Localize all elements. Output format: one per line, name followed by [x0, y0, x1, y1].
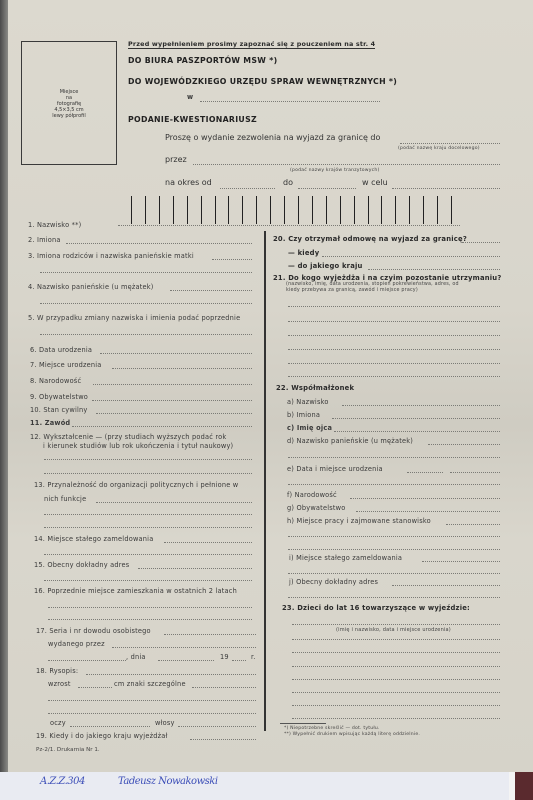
- letter-box-divider: [451, 196, 452, 224]
- scan-edge: [0, 0, 8, 800]
- field-3-input-2[interactable]: [40, 272, 252, 273]
- letter-box-divider: [270, 196, 271, 224]
- field-22-spouse-label: 22. Współmałżonek: [276, 384, 354, 392]
- field-7-birth-place-label: 7. Miejsce urodzenia: [30, 361, 102, 369]
- field-18-eyes-label: oczy: [50, 719, 66, 727]
- field-22b-input[interactable]: [332, 418, 500, 419]
- field-20-when-label: — kiedy: [288, 249, 319, 257]
- field-22g-label: g) Obywatelstwo: [287, 504, 346, 512]
- letter-box-divider: [381, 196, 382, 224]
- field-7-input[interactable]: [112, 368, 252, 369]
- field-23-input-4[interactable]: [292, 666, 500, 667]
- field-22i-label: i) Miejsce stałego zameldowania: [289, 554, 402, 562]
- letter-box-divider: [354, 196, 355, 224]
- field-22e-date-input[interactable]: [407, 472, 443, 473]
- field-6-input[interactable]: [100, 353, 252, 354]
- field-14-input[interactable]: [164, 542, 252, 543]
- field-22a-input[interactable]: [342, 405, 500, 406]
- field-22j-input-2[interactable]: [288, 597, 500, 598]
- footnote-2: **) Wypełnić drukiem wpisując każdą lite…: [284, 732, 420, 737]
- field-21-input-3[interactable]: [288, 335, 500, 336]
- field-20-refusal-label: 20. Czy otrzymał odmowę na wyjazd za gra…: [273, 235, 467, 243]
- field-22g-input[interactable]: [356, 511, 500, 512]
- field-18-height-label: wzrost: [48, 680, 71, 688]
- field-17-date-input[interactable]: [158, 660, 214, 661]
- handwritten-signature: Tadeusz Nowakowski: [118, 776, 218, 787]
- field-11-occupation-label: 11. Zawód: [30, 419, 70, 427]
- period-from-label: na okres od: [165, 178, 212, 187]
- form-title: PODANIE-KWESTIONARIUSZ: [128, 115, 257, 124]
- w-city-field[interactable]: [200, 101, 380, 102]
- field-16-previous-residence-label: 16. Poprzednie miejsce zamieszkania w os…: [34, 587, 237, 595]
- photo-placeholder-box: Miejsce na fotografię 4,5×3,5 cm lewy pó…: [21, 41, 117, 165]
- field-21-input-6[interactable]: [288, 376, 500, 377]
- field-6-birth-date-label: 6. Data urodzenia: [30, 346, 92, 354]
- field-3-parents-label: 3. Imiona rodziców i nazwiska panieńskie…: [28, 252, 194, 260]
- field-23-input-2[interactable]: [292, 639, 500, 640]
- przez-label: przez: [165, 155, 187, 164]
- field-15-current-address-label: 15. Obecny dokładny adres: [34, 561, 129, 569]
- field-23-input-8[interactable]: [292, 718, 500, 719]
- letter-box-divider: [215, 196, 216, 224]
- field-20-country-label: — do jakiego kraju: [288, 262, 363, 270]
- field-23-input-1[interactable]: [292, 624, 500, 625]
- field-14-registered-address-label: 14. Miejsce stałego zameldowania: [34, 535, 153, 543]
- field-21-input-1[interactable]: [288, 306, 500, 307]
- field-20-country-input[interactable]: [368, 269, 500, 270]
- letter-box-divider: [423, 196, 424, 224]
- field-23-input-3[interactable]: [292, 652, 500, 653]
- letter-box-divider: [312, 196, 313, 224]
- field-17-date-label: , dnia: [126, 653, 146, 661]
- field-18-marks-input-2[interactable]: [48, 700, 256, 701]
- destination-country-field[interactable]: [400, 143, 500, 144]
- field-4-input-2[interactable]: [40, 303, 252, 304]
- handwritten-reference-number: A.Z.Z.304: [40, 776, 85, 787]
- field-8-nationality-label: 8. Narodowość: [30, 377, 81, 385]
- field-18-hair-input[interactable]: [178, 726, 256, 727]
- field-22i-input[interactable]: [422, 561, 500, 562]
- field-2-input[interactable]: [66, 243, 252, 244]
- field-12-input-2[interactable]: [44, 473, 252, 474]
- field-22j-input[interactable]: [392, 585, 500, 586]
- letter-box-divider: [368, 196, 369, 224]
- field-14-input-2[interactable]: [44, 554, 252, 555]
- field-23-input-7[interactable]: [292, 705, 500, 706]
- transit-hint: (podać nazwy krajów tranzytowych): [290, 168, 379, 173]
- field-13-input-2[interactable]: [44, 514, 252, 515]
- field-18-marks-input[interactable]: [192, 687, 256, 688]
- field-21-input-2[interactable]: [288, 321, 500, 322]
- field-20-when-input[interactable]: [322, 256, 500, 257]
- field-15-input[interactable]: [138, 568, 252, 569]
- field-22e-label: e) Data i miejsce urodzenia: [287, 465, 383, 473]
- field-10-marital-status-label: 10. Stan cywilny: [30, 406, 88, 414]
- field-11-input[interactable]: [72, 426, 252, 427]
- column-divider: [264, 231, 266, 731]
- field-12-education-label: 12. Wykształcenie — (przy studiach wyższ…: [30, 433, 226, 441]
- field-23-hint: (imię i nazwisko, data i miejsce urodzen…: [336, 627, 451, 633]
- field-8-input[interactable]: [93, 384, 252, 385]
- field-17-id-card-label: 17. Seria i nr dowodu osobistego: [36, 627, 151, 635]
- field-22f-input[interactable]: [350, 498, 500, 499]
- period-to-field[interactable]: [298, 188, 356, 189]
- field-22i-input-2[interactable]: [288, 573, 500, 574]
- footnote-1: *) Niepotrzebne skreślić — dot. tytułu.: [284, 726, 380, 731]
- field-10-input[interactable]: [96, 413, 252, 414]
- field-4-input[interactable]: [170, 290, 252, 291]
- purpose-label: w celu: [362, 178, 388, 187]
- field-22e-input-2[interactable]: [288, 484, 500, 485]
- field-22b-label: b) Imiona: [287, 411, 320, 419]
- field-23-input-6[interactable]: [292, 692, 500, 693]
- addressee-passport-office: DO BIURA PASZPORTÓW MSW *): [128, 56, 277, 65]
- field-16-input[interactable]: [48, 607, 252, 608]
- field-22d-input[interactable]: [428, 444, 500, 445]
- letter-box-divider: [173, 196, 174, 224]
- field-4-maiden-name-label: 4. Nazwisko panieńskie (u mężatek): [28, 283, 154, 291]
- field-17-input[interactable]: [164, 634, 256, 635]
- field-9-input[interactable]: [92, 400, 252, 401]
- print-mark: Pz-2/1. Drukarnia Nr 1.: [36, 747, 100, 753]
- field-22h-input[interactable]: [446, 524, 500, 525]
- field-20-input[interactable]: [462, 242, 500, 243]
- letter-box-divider: [159, 196, 160, 224]
- request-line: Proszę o wydanie zezwolenia na wyjazd za…: [165, 133, 380, 142]
- notice-text: Przed wypełnieniem prosimy zapoznać się …: [128, 40, 375, 49]
- field-18-description-label: 18. Rysopis:: [36, 667, 78, 675]
- letter-box-divider: [340, 196, 341, 224]
- field-19-input[interactable]: [190, 739, 256, 740]
- field-21-input-4[interactable]: [288, 349, 500, 350]
- surname-field[interactable]: [118, 225, 460, 226]
- field-1-surname-label: 1. Nazwisko **): [28, 221, 81, 229]
- letter-box-divider: [201, 196, 202, 224]
- field-22d-label: d) Nazwisko panieńskie (u mężatek): [287, 437, 413, 445]
- letter-box-divider: [145, 196, 146, 224]
- field-22h-input-3[interactable]: [288, 549, 500, 550]
- letter-box-divider: [256, 196, 257, 224]
- field-17-issued-by-label: wydanego przez: [48, 640, 105, 648]
- field-22a-label: a) Nazwisko: [287, 398, 329, 406]
- field-22c-label: c) Imię ojca: [287, 424, 332, 432]
- field-3-input[interactable]: [212, 259, 252, 260]
- field-22c-input[interactable]: [334, 431, 500, 432]
- field-17-r-label: r.: [251, 653, 256, 661]
- field-22h-input-2[interactable]: [288, 536, 500, 537]
- letter-box-divider: [131, 196, 132, 224]
- field-16-input-2[interactable]: [48, 619, 252, 620]
- field-22j-label: j) Obecny dokładny adres: [289, 578, 378, 586]
- field-12-input[interactable]: [44, 459, 252, 460]
- letter-box-divider: [242, 196, 243, 224]
- field-13-input-3[interactable]: [44, 527, 252, 528]
- letter-box-divider: [284, 196, 285, 224]
- field-18-marks-input-3[interactable]: [48, 713, 256, 714]
- period-to-label: do: [283, 178, 293, 187]
- letter-box-divider: [187, 196, 188, 224]
- field-21-input-5[interactable]: [288, 363, 500, 364]
- field-21-host-label: 21. Do kogo wyjeżdża i na czyim pozostan…: [273, 274, 502, 282]
- field-13-functions-label: nich funkcje: [44, 495, 86, 503]
- purpose-field[interactable]: [392, 188, 500, 189]
- field-18-height-input[interactable]: [78, 687, 112, 688]
- field-17-issued-by-input[interactable]: [112, 647, 256, 648]
- field-22h-label: h) Miejsce pracy i zajmowane stanowisko: [287, 517, 431, 525]
- field-17-year-input[interactable]: [232, 660, 246, 661]
- field-2-first-names-label: 2. Imiona: [28, 236, 61, 244]
- field-21-hint-1: (nazwisko, imię, data urodzenia, stopień…: [286, 282, 459, 287]
- field-18-marks-label: cm znaki szczególne: [114, 680, 186, 688]
- letter-box-divider: [326, 196, 327, 224]
- footnote-divider: [280, 723, 326, 724]
- photo-instructions: Miejsce na fotografię 4,5×3,5 cm lewy pó…: [22, 89, 116, 119]
- field-18-input[interactable]: [86, 674, 256, 675]
- letter-box-divider: [395, 196, 396, 224]
- field-22f-label: f) Narodowość: [287, 491, 337, 499]
- field-23-input-5[interactable]: [292, 679, 500, 680]
- transit-countries-field[interactable]: [193, 164, 500, 165]
- field-22e-place-input[interactable]: [450, 472, 500, 473]
- field-9-citizenship-label: 9. Obywatelstwo: [30, 393, 88, 401]
- letter-box-divider: [409, 196, 410, 224]
- letter-box-divider: [437, 196, 438, 224]
- field-17-place-input[interactable]: [48, 660, 126, 661]
- edge-shadow: [515, 772, 533, 800]
- field-15-input-2[interactable]: [44, 580, 252, 581]
- period-from-field[interactable]: [220, 188, 275, 189]
- field-18-eyes-input[interactable]: [70, 726, 150, 727]
- destination-hint: (podać nazwę kraju docelowego): [398, 146, 480, 151]
- field-5-input[interactable]: [40, 334, 252, 335]
- addressee-voivodeship-office: DO WOJEWÓDZKIEGO URZĘDU SPRAW WEWNĘTRZNY…: [128, 77, 397, 86]
- letter-box-divider: [228, 196, 229, 224]
- field-21-hint-2: kiedy przebywa za granicą, zawód i miejs…: [286, 288, 418, 293]
- field-13-political-label: 13. Przynależność do organizacji polityc…: [34, 481, 238, 489]
- letter-box-divider: [298, 196, 299, 224]
- field-23-children-label: 23. Dzieci do lat 16 towarzyszące w wyje…: [282, 604, 470, 612]
- w-label: w: [187, 93, 193, 101]
- field-12-education-hint: i kierunek studiów lub rok ukończenia i …: [43, 442, 233, 450]
- field-13-input[interactable]: [96, 502, 252, 503]
- field-5-previous-names-label: 5. W przypadku zmiany nazwiska i imienia…: [28, 314, 240, 322]
- field-19-previous-travel-label: 19. Kiedy i do jakiego kraju wyjeżdżał: [36, 732, 168, 740]
- field-22d-input-2[interactable]: [288, 457, 500, 458]
- field-17-year-prefix: 19: [220, 653, 229, 661]
- field-18-hair-label: włosy: [155, 719, 175, 727]
